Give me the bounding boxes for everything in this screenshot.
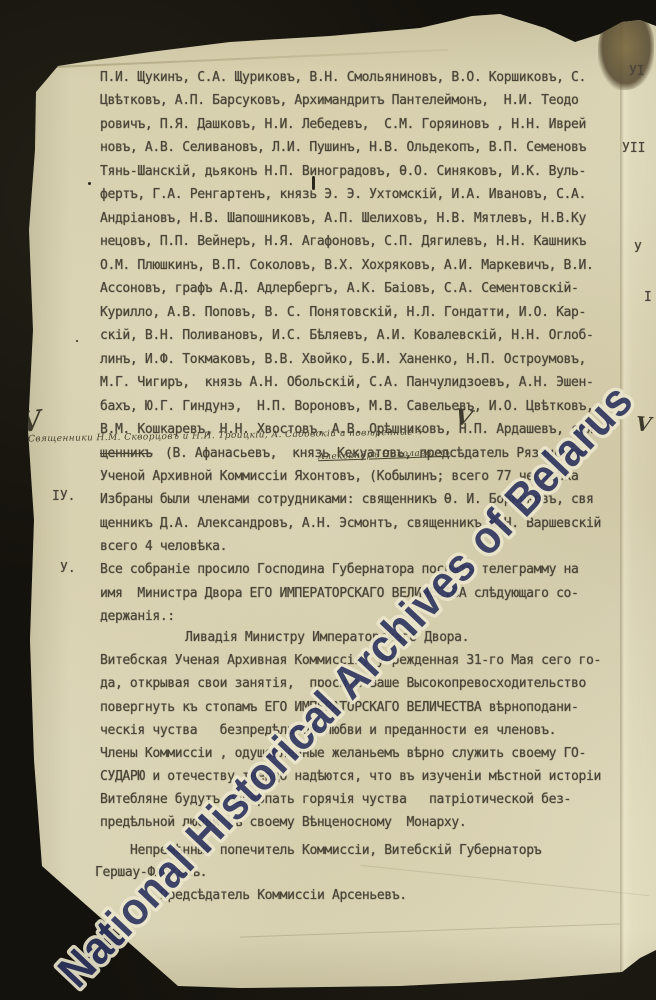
- typed-line: имя Министра Двора ЕГО ИМПЕРАТОРСКАГО ВЕ…: [100, 586, 579, 601]
- paper-crease-bottom: [240, 923, 620, 937]
- typed-line: фертъ, Г.А. Ренгартенъ, князь Э. Э. Ухто…: [100, 187, 586, 202]
- checkmark: V: [18, 404, 44, 440]
- typed-line: ческія чуства безпредѣльной любви и пред…: [100, 723, 556, 738]
- typed-line: Предсѣдатель Коммиссіи Арсеньевъ.: [160, 888, 407, 903]
- typed-line: предѣльной любви къ своему Вѣнценосному …: [100, 815, 466, 830]
- typed-line: Тянь-Шанскій, дьяконъ Н.П. Виноградовъ, …: [100, 164, 586, 179]
- ink-speck: [88, 182, 91, 185]
- typed-line: Ученой Архивной Коммиссіи Яхонтовъ, (Коб…: [100, 469, 579, 484]
- typed-line: Витебляне будутъ почерпать горячія чуств…: [100, 792, 571, 807]
- typed-line: Ливадія Министру Императорскаго Двора.: [185, 630, 469, 645]
- typed-line: линъ, И.Ф. Токмаковъ, В.В. Хвойко, Б.И. …: [100, 352, 586, 367]
- typed-line: скій, В.Н. Поливановъ, И.С. Бѣляевъ, А.И…: [100, 328, 593, 343]
- typed-line: Андріановъ, Н.В. Шапошниковъ, А.П. Шелих…: [100, 211, 586, 226]
- typed-line: бахъ, Ю.Г. Гиндунэ, Н.П. Вороновъ, М.В. …: [100, 399, 593, 414]
- typed-line: Все собраніе просило Господина Губернато…: [100, 562, 579, 577]
- scanned-document-page: { "document": { "kind": "archival typewr…: [0, 0, 656, 1000]
- paper-sheet: П.И. Щукинъ, С.А. Щуриковъ, В.Н. Смольян…: [0, 0, 656, 1000]
- typed-line: Гершау-Флотовъ.: [95, 865, 207, 880]
- typed-line: Члены Коммиссіи , одушевленные желаньемъ…: [100, 746, 586, 761]
- page-fold-strip: [620, 20, 656, 978]
- ink-speck: [76, 340, 78, 342]
- typed-line: Цвѣтковъ, А.П. Барсуковъ, Архимандритъ П…: [100, 93, 579, 108]
- typed-line: нецовъ, П.П. Вейнеръ, Н.Я. Агафоновъ, С.…: [100, 234, 586, 249]
- checkmark: V: [453, 404, 474, 432]
- typed-line: П.И. Щукинъ, С.А. Щуриковъ, В.Н. Смольян…: [100, 70, 586, 85]
- typed-line: СУДАРЮ и отечеству твердо надѣются, что …: [100, 769, 601, 784]
- typed-line: Курилло, А.В. Поповъ, В. С. Понятовскій,…: [100, 305, 586, 320]
- typed-line: щенникъ: [100, 446, 152, 461]
- typed-line: Непремѣнный попечитель Коммиссіи, Витебс…: [130, 843, 541, 858]
- left-margin-numeral: ІУ.: [52, 489, 75, 504]
- checkmark: V: [635, 411, 652, 436]
- typed-line: щенникъ Д.А. Александровъ, А.Н. Эсмонтъ,…: [100, 516, 601, 531]
- typed-line: Ассоновъ, графъ А.Д. Адлербергъ, А.К. Ба…: [100, 281, 579, 296]
- right-margin-numeral: І: [644, 290, 652, 305]
- handwritten-note: Священники Н.М. Скворцовъ и Н.И. Троицкі…: [28, 428, 424, 445]
- right-margin-numeral: У: [634, 241, 642, 256]
- paper-crease-top: [28, 49, 448, 69]
- typed-line: М.Г. Чигиръ, князь А.Н. Обольскій, С.А. …: [100, 375, 593, 390]
- typed-line: повергнуть къ стопамъ ЕГО ИМПЕРАТОРСКАГО…: [100, 700, 579, 715]
- right-margin-numeral: УІ: [629, 64, 645, 79]
- typed-line: Витебская Ученая Архивная Коммиссія, учр…: [100, 653, 601, 668]
- typed-line: ровичъ, П.Я. Дашковъ, Н.И. Лебедевъ, С.М…: [100, 117, 586, 132]
- typed-line: О.М. Плюшкинъ, В.П. Соколовъ, В.Х. Хохря…: [100, 258, 593, 273]
- torn-fold-top-right: [598, 18, 654, 90]
- typed-line: Избраны были членами сотрудниками: свяще…: [100, 492, 593, 507]
- typed-line: держанія.:: [100, 609, 175, 624]
- left-margin-numeral: У.: [60, 561, 76, 576]
- right-margin-numeral: УІІ: [622, 141, 645, 156]
- typed-line: всего 4 человѣка.: [100, 539, 227, 554]
- typed-line: новъ, А.В. Селивановъ, Л.И. Пушинъ, Н.В.…: [100, 140, 586, 155]
- typed-line: да, открывая свои занятія, проситъ Ваше …: [100, 676, 586, 691]
